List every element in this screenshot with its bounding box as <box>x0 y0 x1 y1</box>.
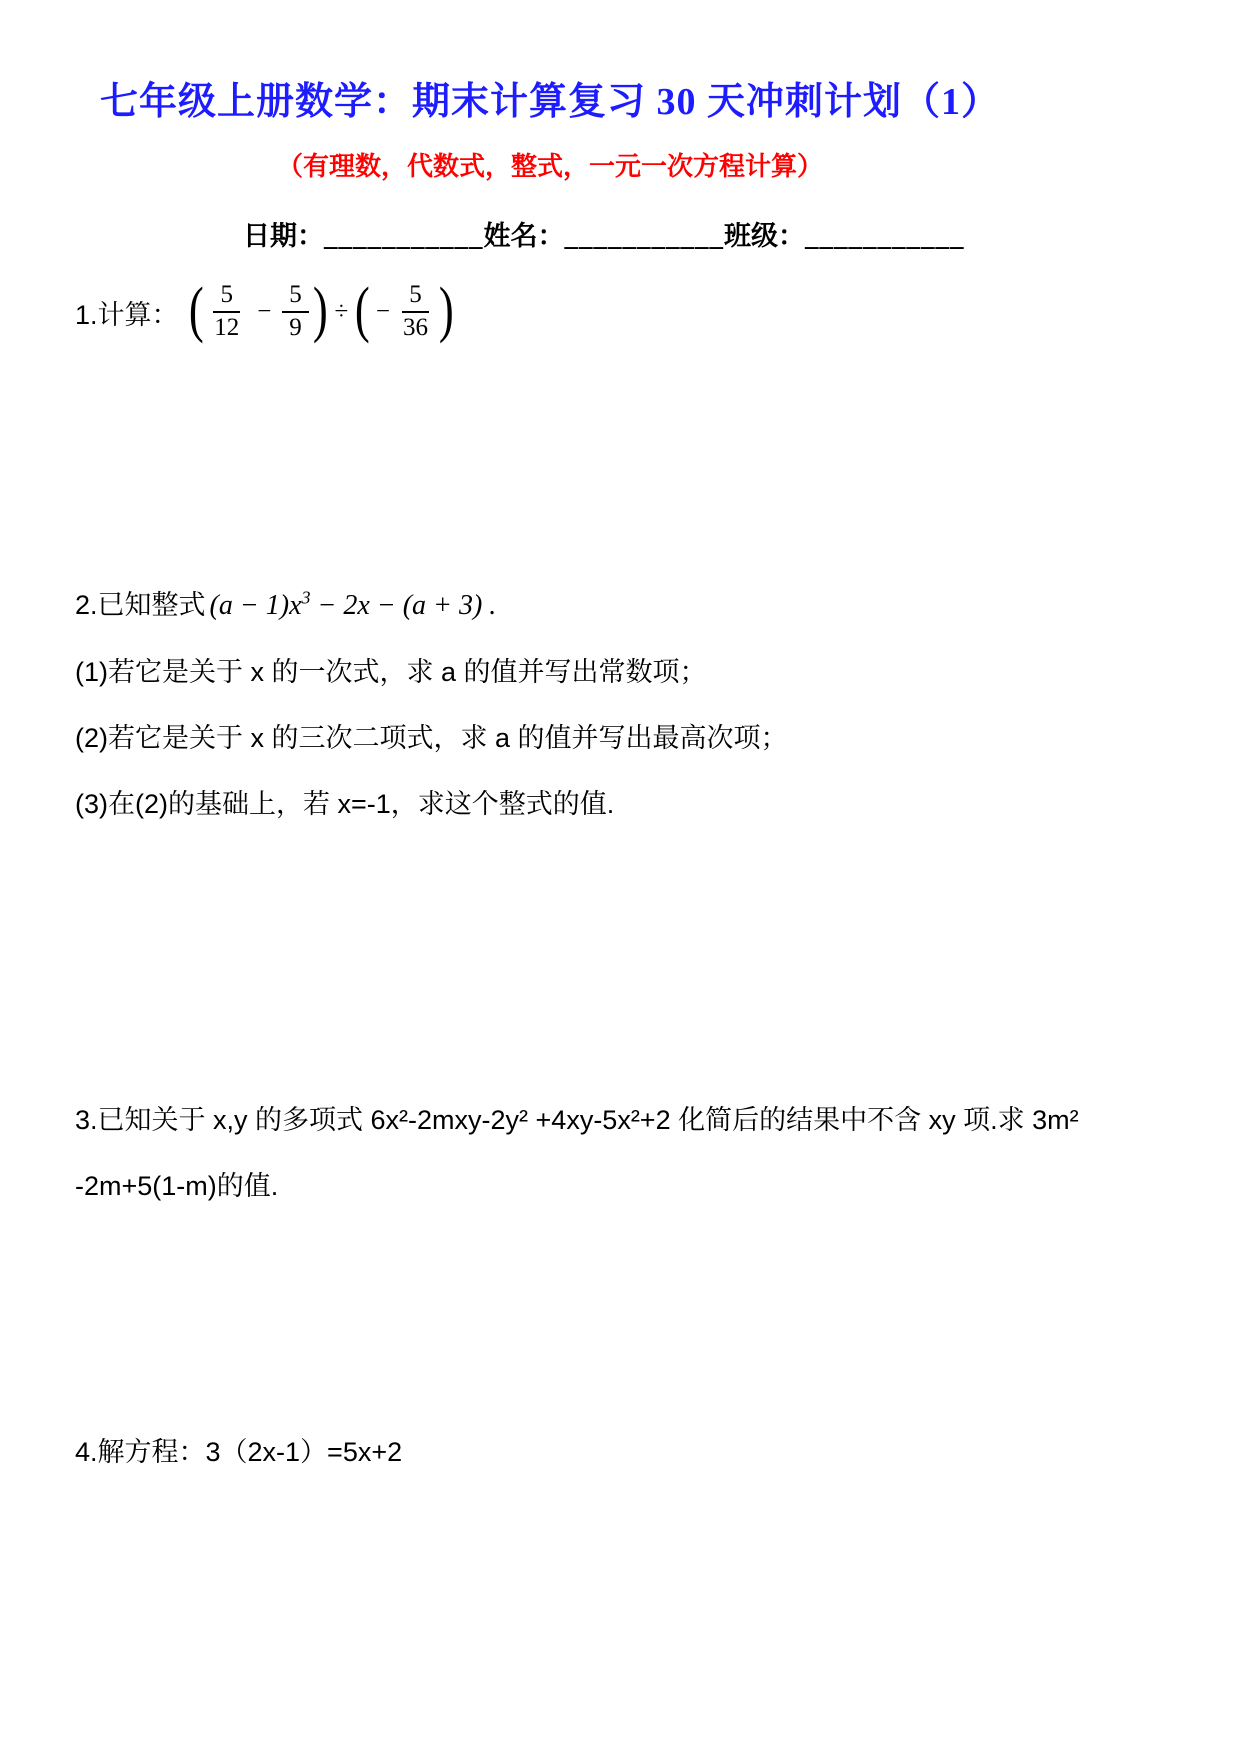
q1-expression: ( 5 12 − 5 9 ) ÷ ( − 5 36 ) <box>189 281 454 343</box>
question-3-line-2: -2m+5(1-m)的值. <box>75 1164 278 1203</box>
page-title: 七年级上册数学：期末计算复习 30 天冲刺计划（1） <box>0 70 1100 125</box>
class-label: 班级： <box>724 221 805 251</box>
q2-formula: (a − 1)x3 − 2x − (a + 3) . <box>210 590 497 621</box>
fraction-denominator: 12 <box>207 313 246 343</box>
q2-formula-base: (a − 1)x <box>210 590 302 621</box>
fraction-denominator: 9 <box>282 313 309 343</box>
minus-operator: − <box>257 298 271 326</box>
class-blank: ___________ <box>805 221 965 251</box>
date-label: 日期： <box>243 221 324 251</box>
q2-formula-exponent: 3 <box>302 588 311 608</box>
header-fields: 日期：___________姓名：___________班级：_________… <box>243 214 965 253</box>
q2-part-2: (2)若它是关于 x 的三次二项式，求 a 的值并写出最高次项； <box>75 716 788 755</box>
page-subtitle: （有理数，代数式，整式，一元一次方程计算） <box>0 146 1100 183</box>
date-blank: ___________ <box>324 221 484 251</box>
fraction-numerator: 5 <box>402 281 429 313</box>
fraction-numerator: 5 <box>282 281 309 313</box>
q2-part-1: (1)若它是关于 x 的一次式，求 a 的值并写出常数项； <box>75 650 707 689</box>
question-3-line-1: 3.已知关于 x,y 的多项式 6x²-2mxy-2y² +4xy-5x²+2 … <box>75 1098 1079 1137</box>
q1-label: 1.计算： <box>75 293 179 332</box>
fraction-5-9: 5 9 <box>282 281 309 343</box>
fraction-5-36: 5 36 <box>396 281 435 343</box>
fraction-numerator: 5 <box>213 281 240 313</box>
question-4: 4.解方程：3（2x-1）=5x+2 <box>75 1430 402 1469</box>
name-label: 姓名： <box>484 221 565 251</box>
question-2: 2.已知整式(a − 1)x3 − 2x − (a + 3) . <box>75 583 496 622</box>
q2-intro: 2.已知整式 <box>75 590 206 620</box>
fraction-denominator: 36 <box>396 313 435 343</box>
fraction-5-12: 5 12 <box>207 281 246 343</box>
name-blank: ___________ <box>565 221 725 251</box>
question-1: 1.计算： ( 5 12 − 5 9 ) ÷ ( − 5 36 ) <box>75 270 454 354</box>
q2-formula-rest: − 2x − (a + 3) . <box>311 590 497 621</box>
negative-sign: − <box>376 298 390 326</box>
q2-part-3: (3)在(2)的基础上，若 x=-1，求这个整式的值. <box>75 782 614 821</box>
divide-operator: ÷ <box>334 298 348 326</box>
worksheet-page: 七年级上册数学：期末计算复习 30 天冲刺计划（1） （有理数，代数式，整式，一… <box>0 0 1235 1749</box>
